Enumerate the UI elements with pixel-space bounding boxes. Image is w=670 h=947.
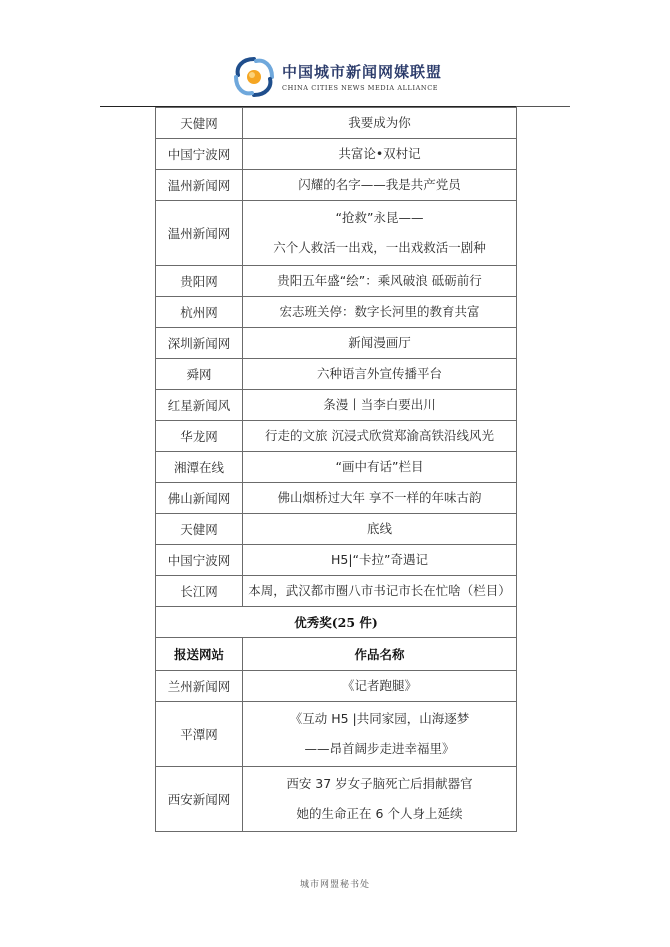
title-line: 宏志班关停：数字长河里的教育共富	[247, 297, 512, 327]
title-cell: 闪耀的名字——我是共产党员	[243, 170, 517, 201]
table-row: 西安新闻网西安 37 岁女子脑死亡后捐献器官她的生命正在 6 个人身上延续	[156, 767, 517, 832]
site-cell: 华龙网	[156, 421, 243, 452]
title-line: 佛山烟桥过大年 享不一样的年味古韵	[247, 483, 512, 513]
title-line: 贵阳五年盛“绘”：乘风破浪 砥砺前行	[247, 266, 512, 296]
title-line: 行走的文旅 沉浸式欣赏郑渝高铁沿线风光	[247, 421, 512, 451]
table-row: 温州新闻网“抢救”永昆——六个人救活一出戏，一出戏救活一剧种	[156, 201, 517, 266]
table-row: 兰州新闻网《记者跑腿》	[156, 671, 517, 702]
site-cell: 平潭网	[156, 702, 243, 767]
column-header-site: 报送网站	[156, 638, 243, 671]
logo-title-cn: 中国城市新闻网媒联盟	[282, 63, 442, 81]
table-row: 天健网底线	[156, 514, 517, 545]
site-cell: 长江网	[156, 576, 243, 607]
title-line: H5|“卡拉”奇遇记	[247, 545, 512, 575]
title-cell: “画中有话”栏目	[243, 452, 517, 483]
table-row: 红星新闻风条漫丨当李白要出川	[156, 390, 517, 421]
title-line: 她的生命正在 6 个人身上延续	[247, 799, 512, 829]
title-cell: 佛山烟桥过大年 享不一样的年味古韵	[243, 483, 517, 514]
site-cell: 中国宁波网	[156, 139, 243, 170]
title-line: 西安 37 岁女子脑死亡后捐献器官	[247, 769, 512, 799]
title-cell: H5|“卡拉”奇遇记	[243, 545, 517, 576]
title-line: 六种语言外宣传播平台	[247, 359, 512, 389]
page-footer: 城市网盟秘书处	[0, 877, 670, 890]
title-cell: 六种语言外宣传播平台	[243, 359, 517, 390]
site-cell: 湘潭在线	[156, 452, 243, 483]
swirl-sun-logo-icon	[232, 55, 276, 99]
title-cell: 共富论•双村记	[243, 139, 517, 170]
table-row: 佛山新闻网佛山烟桥过大年 享不一样的年味古韵	[156, 483, 517, 514]
table-row: 杭州网宏志班关停：数字长河里的教育共富	[156, 297, 517, 328]
title-cell: 条漫丨当李白要出川	[243, 390, 517, 421]
title-line: 闪耀的名字——我是共产党员	[247, 170, 512, 200]
title-line: ——昂首阔步走进幸福里》	[247, 734, 512, 764]
column-header-title: 作品名称	[243, 638, 517, 671]
title-cell: 西安 37 岁女子脑死亡后捐献器官她的生命正在 6 个人身上延续	[243, 767, 517, 832]
site-cell: 杭州网	[156, 297, 243, 328]
title-cell: 行走的文旅 沉浸式欣赏郑渝高铁沿线风光	[243, 421, 517, 452]
site-cell: 舜网	[156, 359, 243, 390]
table-row: 华龙网行走的文旅 沉浸式欣赏郑渝高铁沿线风光	[156, 421, 517, 452]
title-cell: 我要成为你	[243, 108, 517, 139]
table-row: 天健网我要成为你	[156, 108, 517, 139]
site-cell: 深圳新闻网	[156, 328, 243, 359]
table-row: 温州新闻网闪耀的名字——我是共产党员	[156, 170, 517, 201]
section-title: 优秀奖(25 件)	[156, 607, 517, 638]
title-cell: 《记者跑腿》	[243, 671, 517, 702]
title-line: 共富论•双村记	[247, 139, 512, 169]
site-cell: 天健网	[156, 108, 243, 139]
alliance-logo: 中国城市新闻网媒联盟 CHINA CITIES NEWS MEDIA ALLIA…	[232, 55, 442, 99]
table-row: 深圳新闻网新闻漫画厅	[156, 328, 517, 359]
site-cell: 西安新闻网	[156, 767, 243, 832]
title-line: 《记者跑腿》	[247, 671, 512, 701]
table-row: 中国宁波网H5|“卡拉”奇遇记	[156, 545, 517, 576]
site-cell: 中国宁波网	[156, 545, 243, 576]
title-line: 《互动 H5 |共同家园，山海逐梦	[247, 704, 512, 734]
site-cell: 天健网	[156, 514, 243, 545]
title-line: “画中有话”栏目	[247, 452, 512, 482]
table-row: 长江网本周，武汉都市圈八市书记市长在忙啥（栏目）	[156, 576, 517, 607]
title-line: 条漫丨当李白要出川	[247, 390, 512, 420]
site-cell: 兰州新闻网	[156, 671, 243, 702]
title-cell: 本周，武汉都市圈八市书记市长在忙啥（栏目）	[243, 576, 517, 607]
site-cell: 温州新闻网	[156, 201, 243, 266]
title-line: 六个人救活一出戏，一出戏救活一剧种	[247, 233, 512, 263]
table-row: 平潭网《互动 H5 |共同家园，山海逐梦——昂首阔步走进幸福里》	[156, 702, 517, 767]
title-line: 底线	[247, 514, 512, 544]
table-row: 中国宁波网共富论•双村记	[156, 139, 517, 170]
title-line: 我要成为你	[247, 108, 512, 138]
section-header-row: 优秀奖(25 件)	[156, 607, 517, 638]
title-cell: 《互动 H5 |共同家园，山海逐梦——昂首阔步走进幸福里》	[243, 702, 517, 767]
title-cell: 宏志班关停：数字长河里的教育共富	[243, 297, 517, 328]
title-cell: “抢救”永昆——六个人救活一出戏，一出戏救活一剧种	[243, 201, 517, 266]
site-cell: 温州新闻网	[156, 170, 243, 201]
table-row: 舜网六种语言外宣传播平台	[156, 359, 517, 390]
table-row: 湘潭在线“画中有话”栏目	[156, 452, 517, 483]
title-cell: 新闻漫画厅	[243, 328, 517, 359]
site-cell: 红星新闻风	[156, 390, 243, 421]
title-line: 新闻漫画厅	[247, 328, 512, 358]
awards-table: 天健网我要成为你中国宁波网共富论•双村记温州新闻网闪耀的名字——我是共产党员温州…	[155, 107, 517, 832]
column-header-row: 报送网站 作品名称	[156, 638, 517, 671]
site-cell: 贵阳网	[156, 266, 243, 297]
title-cell: 贵阳五年盛“绘”：乘风破浪 砥砺前行	[243, 266, 517, 297]
title-line: 本周，武汉都市圈八市书记市长在忙啥（栏目）	[247, 576, 512, 606]
logo-title-en: CHINA CITIES NEWS MEDIA ALLIANCE	[282, 84, 442, 92]
title-cell: 底线	[243, 514, 517, 545]
table-row: 贵阳网贵阳五年盛“绘”：乘风破浪 砥砺前行	[156, 266, 517, 297]
site-cell: 佛山新闻网	[156, 483, 243, 514]
title-line: “抢救”永昆——	[247, 203, 512, 233]
page-header: 中国城市新闻网媒联盟 CHINA CITIES NEWS MEDIA ALLIA…	[0, 0, 670, 108]
